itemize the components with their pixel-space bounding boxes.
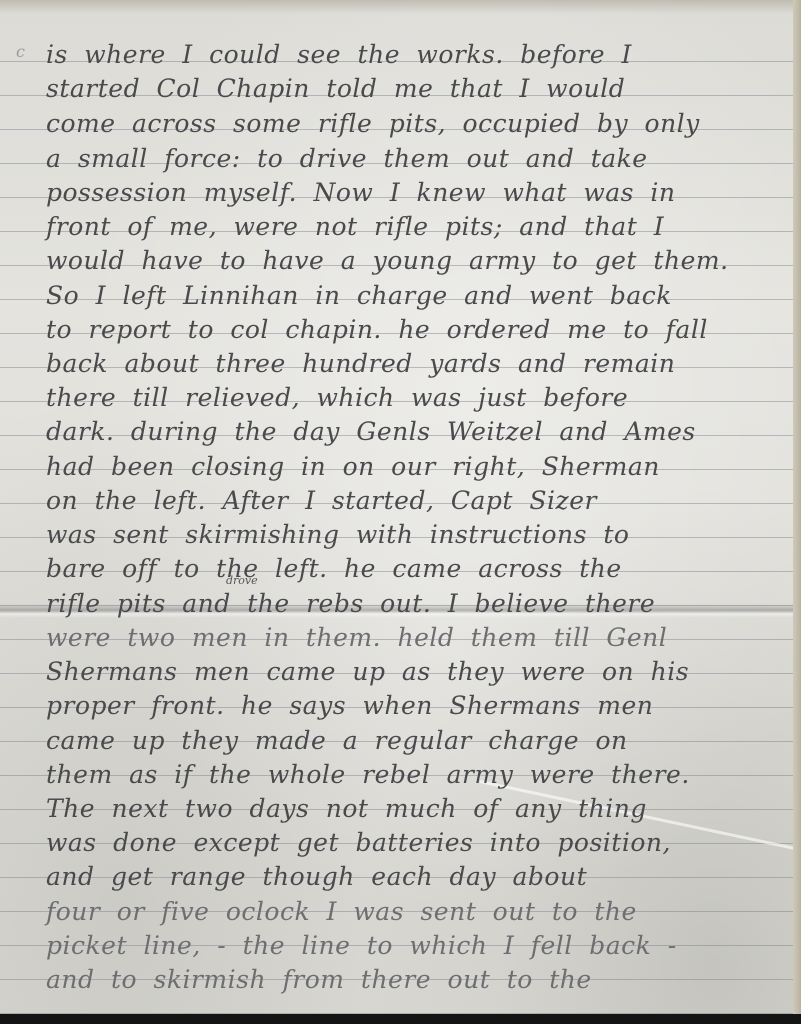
letter-page: c is where I could see the works. before… xyxy=(0,0,793,1014)
text-line: back about three hundred yards and remai… xyxy=(46,349,675,378)
text-line: dark. during the day Genls Weitzel and A… xyxy=(46,417,696,446)
text-line: bare off to the left. he came across the xyxy=(46,554,622,583)
text-line: on the left. After I started, Capt Sizer xyxy=(46,486,597,515)
text-line: there till relieved, which was just befo… xyxy=(46,383,628,412)
paper-right-edge xyxy=(793,0,801,1024)
text-line: rifle pits and the rebs out. I believe t… xyxy=(46,589,655,618)
text-line: proper front. he says when Shermans men xyxy=(46,691,653,720)
text-line: Shermans men came up as they were on his xyxy=(46,657,689,686)
text-line: front of me, were not rifle pits; and th… xyxy=(46,212,664,241)
text-line: were two men in them. held them till Gen… xyxy=(46,623,667,652)
text-line: would have to have a young army to get t… xyxy=(46,246,729,275)
text-line: four or five oclock I was sent out to th… xyxy=(46,897,637,926)
text-line: and to skirmish from there out to the xyxy=(46,965,592,994)
text-line: them as if the whole rebel army were the… xyxy=(46,760,690,789)
text-line: is where I could see the works. before I xyxy=(46,40,632,69)
text-line: to report to col chapin. he ordered me t… xyxy=(46,315,708,344)
text-line: came up they made a regular charge on xyxy=(46,726,628,755)
text-line: and get range though each day about xyxy=(46,862,587,891)
text-line: was sent skirmishing with instructions t… xyxy=(46,520,630,549)
text-line: picket line, - the line to which I fell … xyxy=(46,931,677,960)
text-line: come across some rifle pits, occupied by… xyxy=(46,109,700,138)
text-line: a small force: to drive them out and tak… xyxy=(46,144,648,173)
text-line: started Col Chapin told me that I would xyxy=(46,74,625,103)
text-line: had been closing in on our right, Sherma… xyxy=(46,452,660,481)
interlinear-insertion: drove xyxy=(226,574,258,587)
text-line: possession myself. Now I knew what was i… xyxy=(46,178,676,207)
text-line: So I left Linnihan in charge and went ba… xyxy=(46,281,672,310)
text-line: The next two days not much of any thing xyxy=(46,794,647,823)
scan-border xyxy=(0,1014,801,1024)
margin-mark: c xyxy=(16,42,25,61)
text-line: was done except get batteries into posit… xyxy=(46,828,671,857)
